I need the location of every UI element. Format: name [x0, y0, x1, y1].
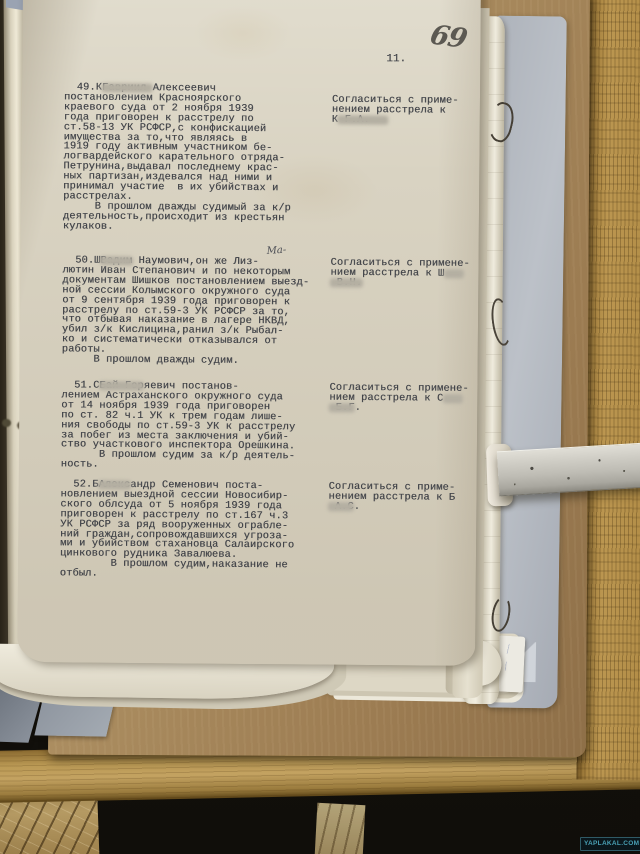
- parquet-floor-patch: [315, 803, 366, 854]
- redacted-surname: [330, 279, 362, 287]
- entry-49: 49.КГавриил Алексеевичпостановлением Кра…: [63, 83, 488, 235]
- entry-49-resolution: Согласиться с приме-нением расстрела кК …: [331, 96, 488, 236]
- watermark: YAPLAKAL.COM: [580, 837, 640, 851]
- entry-51: 51.СБай Горяевич постанов-лением Астраха…: [61, 381, 486, 474]
- entry-50-text: 50.ШВадим Наумович,он же Лиз-лютин Иван …: [62, 256, 331, 367]
- entry-50-resolution: Согласиться с примене-нием расстрела к Ш…: [330, 259, 487, 369]
- redacted-surname: [329, 404, 354, 412]
- entry-50: 50.ШВадим Наумович,он же Лиз-лютин Иван …: [62, 256, 487, 369]
- redacted-surname: [102, 84, 152, 92]
- document-page: 69 11. Ма- 49.КГавриил Алексеевичпостано…: [17, 0, 481, 666]
- metal-clamp-bar: [497, 443, 640, 497]
- entry-52: 52.БАлександр Семенович поста-новлением …: [60, 480, 485, 583]
- entry-49-text: 49.КГавриил Алексеевичпостановлением Кра…: [63, 83, 332, 234]
- entry-51-resolution: Согласиться с примене-нием расстрела к С…: [329, 384, 486, 475]
- entry-51-text: 51.СБай Горяевич постанов-лением Астраха…: [61, 381, 330, 472]
- redacted-surname: [444, 270, 463, 278]
- entry-52-resolution: Согласиться с приме-нением расстрела к Б…: [328, 483, 485, 583]
- redacted-surname: [99, 481, 131, 489]
- redacted-surname: [443, 395, 462, 403]
- entries-layer: 49.КГавриил Алексеевичпостановлением Кра…: [17, 0, 481, 666]
- redacted-surname: [338, 116, 388, 124]
- redacted-surname: [99, 382, 143, 390]
- archive-document-photo: 69 11. Ма- 49.КГавриил Алексеевичпостано…: [0, 0, 640, 854]
- redacted-surname: [101, 257, 133, 265]
- redacted-surname: [328, 503, 353, 511]
- binding-hole: [2, 419, 11, 427]
- entry-52-text: 52.БАлександр Семенович поста-новлением …: [60, 480, 329, 581]
